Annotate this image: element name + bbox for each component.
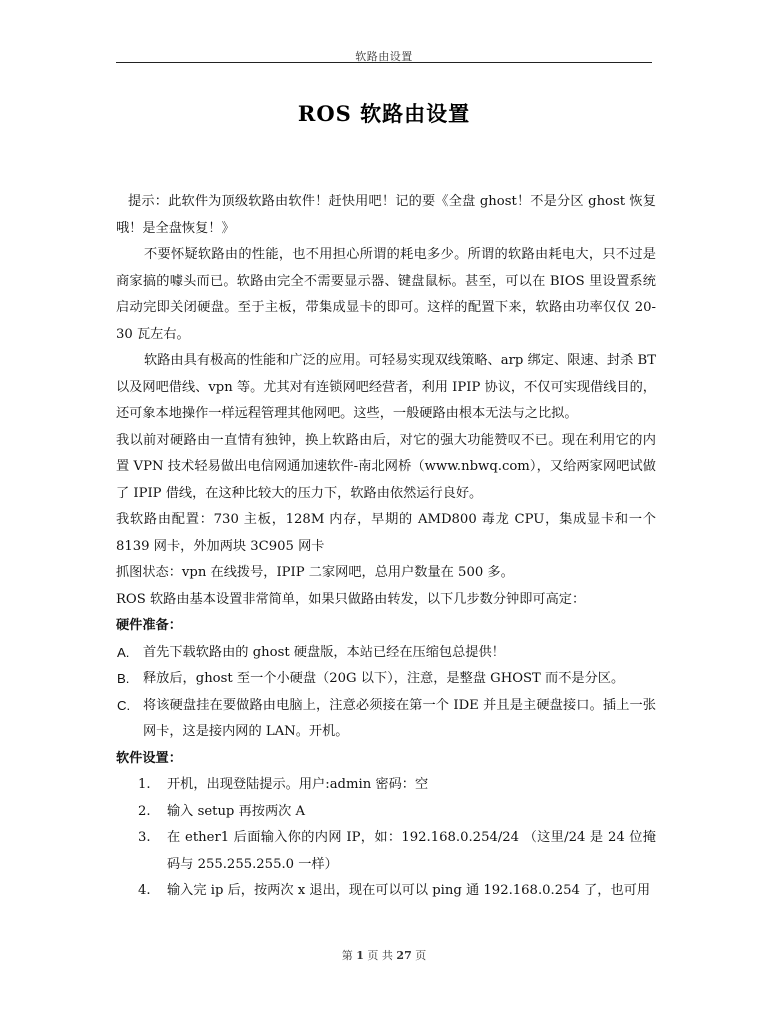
hardware-item: B. 释放后，ghost 至一个小硬盘（20G 以下），注意，是整盘 GHOST… <box>116 666 656 693</box>
step-number: 4. <box>138 878 151 905</box>
software-step: 2. 输入 setup 再按两次 A <box>116 799 656 826</box>
software-step: 4. 输入完 ip 后，按两次 x 退出，现在可以可以 ping 通 192.1… <box>116 878 656 905</box>
step-text: 输入完 ip 后，按两次 x 退出，现在可以可以 ping 通 192.168.… <box>167 883 650 898</box>
page-footer: 第 1 页 共 27 页 <box>116 947 652 963</box>
document-page: 软路由设置 ROS 软路由设置 提示：此软件为顶级软路由软件！赶快用吧！记的要《… <box>0 0 768 1024</box>
current-page-number: 1 <box>356 949 364 962</box>
step-number: 1. <box>138 772 151 799</box>
hardware-item: C. 将该硬盘挂在要做路由电脑上，注意必须接在第一个 IDE 并且是主硬盘接口。… <box>116 693 656 746</box>
header-divider <box>116 62 652 63</box>
step-text: 开机，出现登陆提示。用户:admin 密码：空 <box>167 777 428 792</box>
document-title: ROS 软路由设置 <box>116 98 652 128</box>
software-heading: 软件设置： <box>116 746 656 773</box>
paragraph-status: 抓图状态：vpn 在线拨号，IPIP 二家网吧，总用户数量在 500 多。 <box>116 560 656 587</box>
software-step: 1. 开机，出现登陆提示。用户:admin 密码：空 <box>116 772 656 799</box>
list-text: 将该硬盘挂在要做路由电脑上，注意必须接在第一个 IDE 并且是主硬盘接口。插上一… <box>143 698 656 740</box>
hardware-item: A. 首先下载软路由的 ghost 硬盘版，本站已经在压缩包总提供！ <box>116 640 656 667</box>
paragraph-experience: 我以前对硬路由一直情有独钟，换上软路由后，对它的强大功能赞叹不已。现在利用它的内… <box>116 428 656 508</box>
footer-prefix: 第 <box>342 949 353 962</box>
footer-suffix: 页 <box>415 949 426 962</box>
paragraph-applications: 软路由具有极高的性能和广泛的应用。可轻易实现双线策略、arp 绑定、限速、封杀 … <box>116 348 656 428</box>
list-text: 释放后，ghost 至一个小硬盘（20G 以下），注意，是整盘 GHOST 而不… <box>143 671 624 686</box>
list-label: C. <box>117 693 130 720</box>
list-text: 首先下载软路由的 ghost 硬盘版，本站已经在压缩包总提供！ <box>143 645 505 660</box>
step-text: 输入 setup 再按两次 A <box>167 804 305 819</box>
footer-middle: 页 共 <box>367 949 393 962</box>
step-number: 2. <box>138 799 151 826</box>
document-body: 提示：此软件为顶级软路由软件！赶快用吧！记的要《全盘 ghost！不是分区 gh… <box>116 189 656 905</box>
step-text: 在 ether1 后面输入你的内网 IP，如：192.168.0.254/24 … <box>167 830 656 872</box>
tip-paragraph: 提示：此软件为顶级软路由软件！赶快用吧！记的要《全盘 ghost！不是分区 gh… <box>116 189 656 242</box>
software-step: 3. 在 ether1 后面输入你的内网 IP，如：192.168.0.254/… <box>116 825 656 878</box>
paragraph-config: 我软路由配置：730 主板，128M 内存，早期的 AMD800 毒龙 CPU，… <box>116 507 656 560</box>
total-pages-number: 27 <box>396 949 411 962</box>
list-label: B. <box>117 666 129 693</box>
hardware-heading: 硬件准备： <box>116 613 656 640</box>
paragraph-performance: 不要怀疑软路由的性能，也不用担心所谓的耗电多少。所谓的软路由耗电大，只不过是商家… <box>116 242 656 348</box>
step-number: 3. <box>138 825 151 852</box>
list-label: A. <box>117 640 129 667</box>
paragraph-intro-steps: ROS 软路由基本设置非常简单，如果只做路由转发，以下几步数分钟即可高定： <box>116 587 656 614</box>
